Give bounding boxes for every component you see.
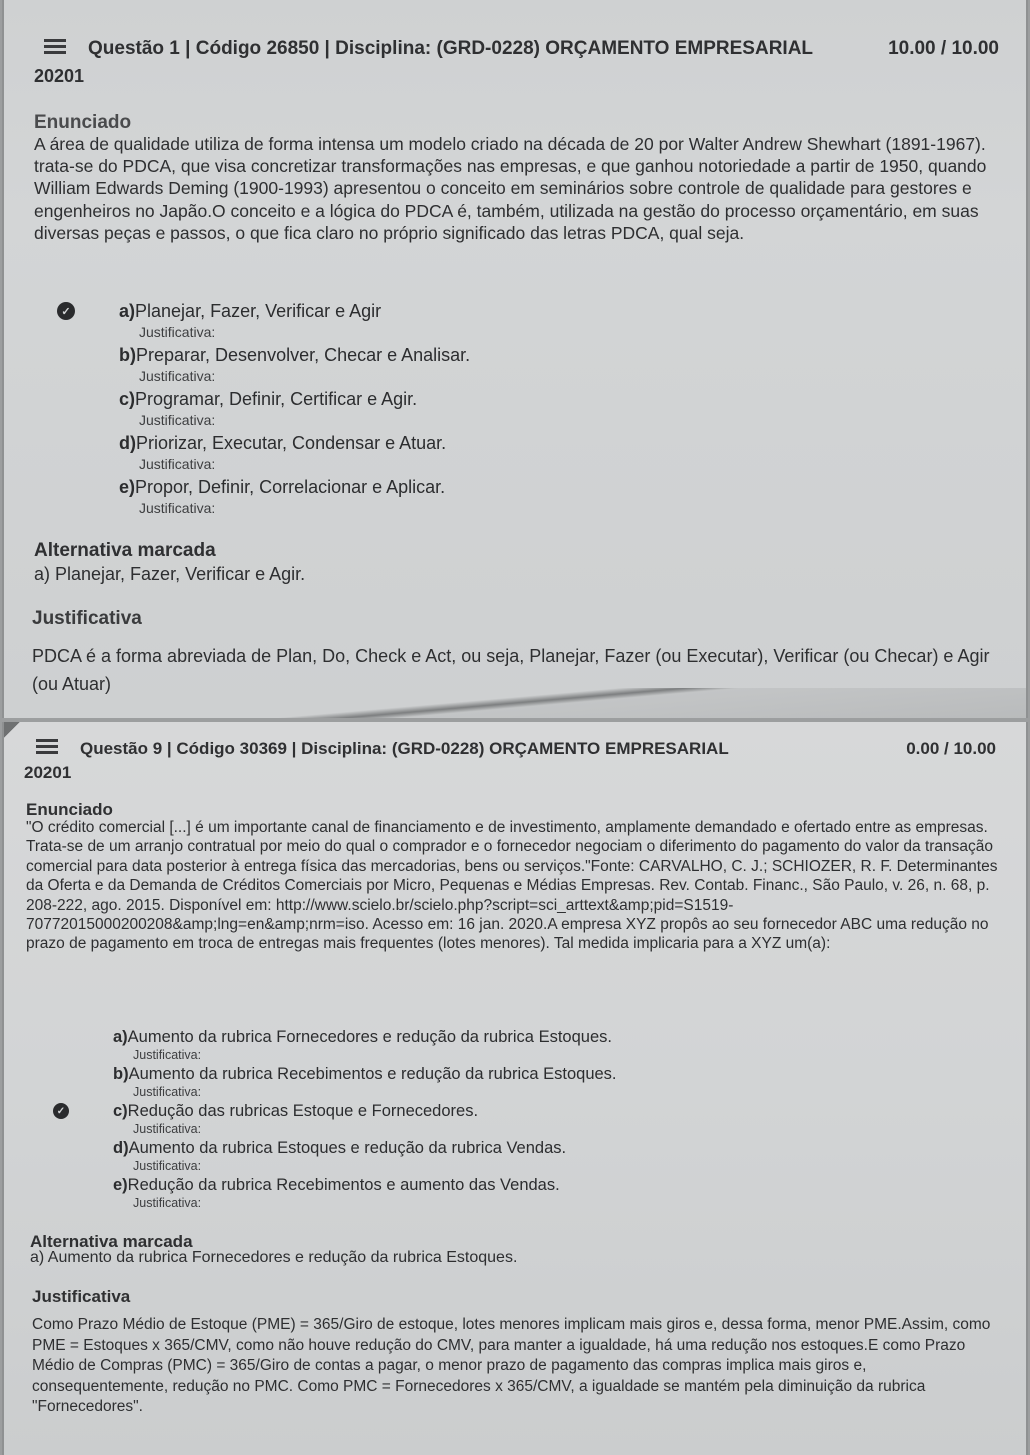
correct-check-icon: ✓ <box>53 1103 69 1119</box>
enunciado-label: Enunciado <box>26 800 113 820</box>
option-letter: b) <box>113 1065 129 1083</box>
option-justificativa: Justificativa: <box>113 1047 617 1064</box>
option-justificativa: Justificativa: <box>119 498 470 520</box>
option-letter: e) <box>119 477 135 497</box>
option-text: Redução das rubricas Estoque e Fornecedo… <box>128 1102 478 1120</box>
option-text: Aumento da rubrica Estoques e redução da… <box>129 1139 567 1157</box>
alternativa-marcada-text: a) Aumento da rubrica Fornecedores e red… <box>30 1248 517 1268</box>
question-title: Questão 1 | Código 26850 | Disciplina: (… <box>88 38 868 60</box>
options-list: ✓ a)Planejar, Fazer, Verificar e Agir Ju… <box>119 300 470 520</box>
option-letter: b) <box>119 345 136 365</box>
alternativa-marcada-label: Alternativa marcada <box>34 540 216 562</box>
alternativa-marcada-text: a) Planejar, Fazer, Verificar e Agir. <box>34 563 305 586</box>
option-justificativa: Justificativa: <box>113 1158 617 1175</box>
option-text: Aumento da rubrica Recebimentos e reduçã… <box>129 1065 617 1083</box>
option-justificativa: Justificativa: <box>119 322 470 344</box>
option-text: Planejar, Fazer, Verificar e Agir <box>135 301 381 321</box>
option-letter: c) <box>113 1102 128 1120</box>
question-header: Questão 1 | Código 26850 | Disciplina: (… <box>44 38 999 60</box>
question-header: Questão 9 | Código 30369 | Disciplina: (… <box>36 738 996 759</box>
correct-check-icon: ✓ <box>57 302 75 320</box>
question-term: 20201 <box>34 66 84 87</box>
question-card-1: Questão 1 | Código 26850 | Disciplina: (… <box>2 0 1028 718</box>
option-a: ✓ a)Planejar, Fazer, Verificar e Agir Ju… <box>119 300 470 344</box>
option-justificativa: Justificativa: <box>119 410 470 432</box>
option-text: Propor, Definir, Correlacionar e Aplicar… <box>135 477 445 497</box>
option-letter: d) <box>113 1139 129 1157</box>
options-list: a)Aumento da rubrica Fornecedores e redu… <box>113 1027 617 1212</box>
enunciado-text: "O crédito comercial [...] é um importan… <box>26 818 1001 954</box>
question-score: 0.00 / 10.00 <box>906 739 996 759</box>
option-b: b)Aumento da rubrica Recebimentos e redu… <box>113 1064 617 1101</box>
option-e: e)Redução da rubrica Recebimentos e aume… <box>113 1175 617 1212</box>
option-letter: c) <box>119 389 135 409</box>
option-c: ✓ c)Redução das rubricas Estoque e Forne… <box>113 1101 617 1138</box>
option-b: b)Preparar, Desenvolver, Checar e Analis… <box>119 344 470 388</box>
option-letter: d) <box>119 433 136 453</box>
question-term: 20201 <box>24 763 71 783</box>
option-text: Programar, Definir, Certificar e Agir. <box>135 389 417 409</box>
option-letter: e) <box>113 1176 128 1194</box>
option-justificativa: Justificativa: <box>119 366 470 388</box>
option-text: Aumento da rubrica Fornecedores e reduçã… <box>128 1028 612 1046</box>
option-justificativa: Justificativa: <box>119 454 470 476</box>
question-title: Questão 9 | Código 30369 | Disciplina: (… <box>80 739 886 759</box>
option-justificativa: Justificativa: <box>113 1195 617 1212</box>
enunciado-label: Enunciado <box>34 112 131 134</box>
option-e: e)Propor, Definir, Correlacionar e Aplic… <box>119 476 470 520</box>
list-icon[interactable] <box>36 739 58 755</box>
exam-review-page: Questão 1 | Código 26850 | Disciplina: (… <box>0 0 1030 1455</box>
option-text: Priorizar, Executar, Condensar e Atuar. <box>136 433 446 453</box>
option-d: d)Aumento da rubrica Estoques e redução … <box>113 1138 617 1175</box>
option-a: a)Aumento da rubrica Fornecedores e redu… <box>113 1027 617 1064</box>
justificativa-text: Como Prazo Médio de Estoque (PME) = 365/… <box>32 1295 1002 1418</box>
option-letter: a) <box>119 301 135 321</box>
justificativa-text: PDCA é a forma abreviada de Plan, Do, Ch… <box>32 615 992 699</box>
justificativa-body: Como Prazo Médio de Estoque (PME) = 365/… <box>32 1316 990 1415</box>
enunciado-text: A área de qualidade utiliza de forma int… <box>34 133 994 244</box>
option-c: c)Programar, Definir, Certificar e Agir.… <box>119 388 470 432</box>
option-text: Redução da rubrica Recebimentos e aument… <box>128 1176 560 1194</box>
option-d: d)Priorizar, Executar, Condensar e Atuar… <box>119 432 470 476</box>
option-letter: a) <box>113 1028 128 1046</box>
option-text: Preparar, Desenvolver, Checar e Analisar… <box>136 345 470 365</box>
justificativa-body: PDCA é a forma abreviada de Plan, Do, Ch… <box>32 646 989 694</box>
list-icon[interactable] <box>44 39 66 55</box>
question-score: 10.00 / 10.00 <box>888 38 999 60</box>
option-justificativa: Justificativa: <box>113 1084 617 1101</box>
option-justificativa: Justificativa: <box>113 1121 617 1138</box>
